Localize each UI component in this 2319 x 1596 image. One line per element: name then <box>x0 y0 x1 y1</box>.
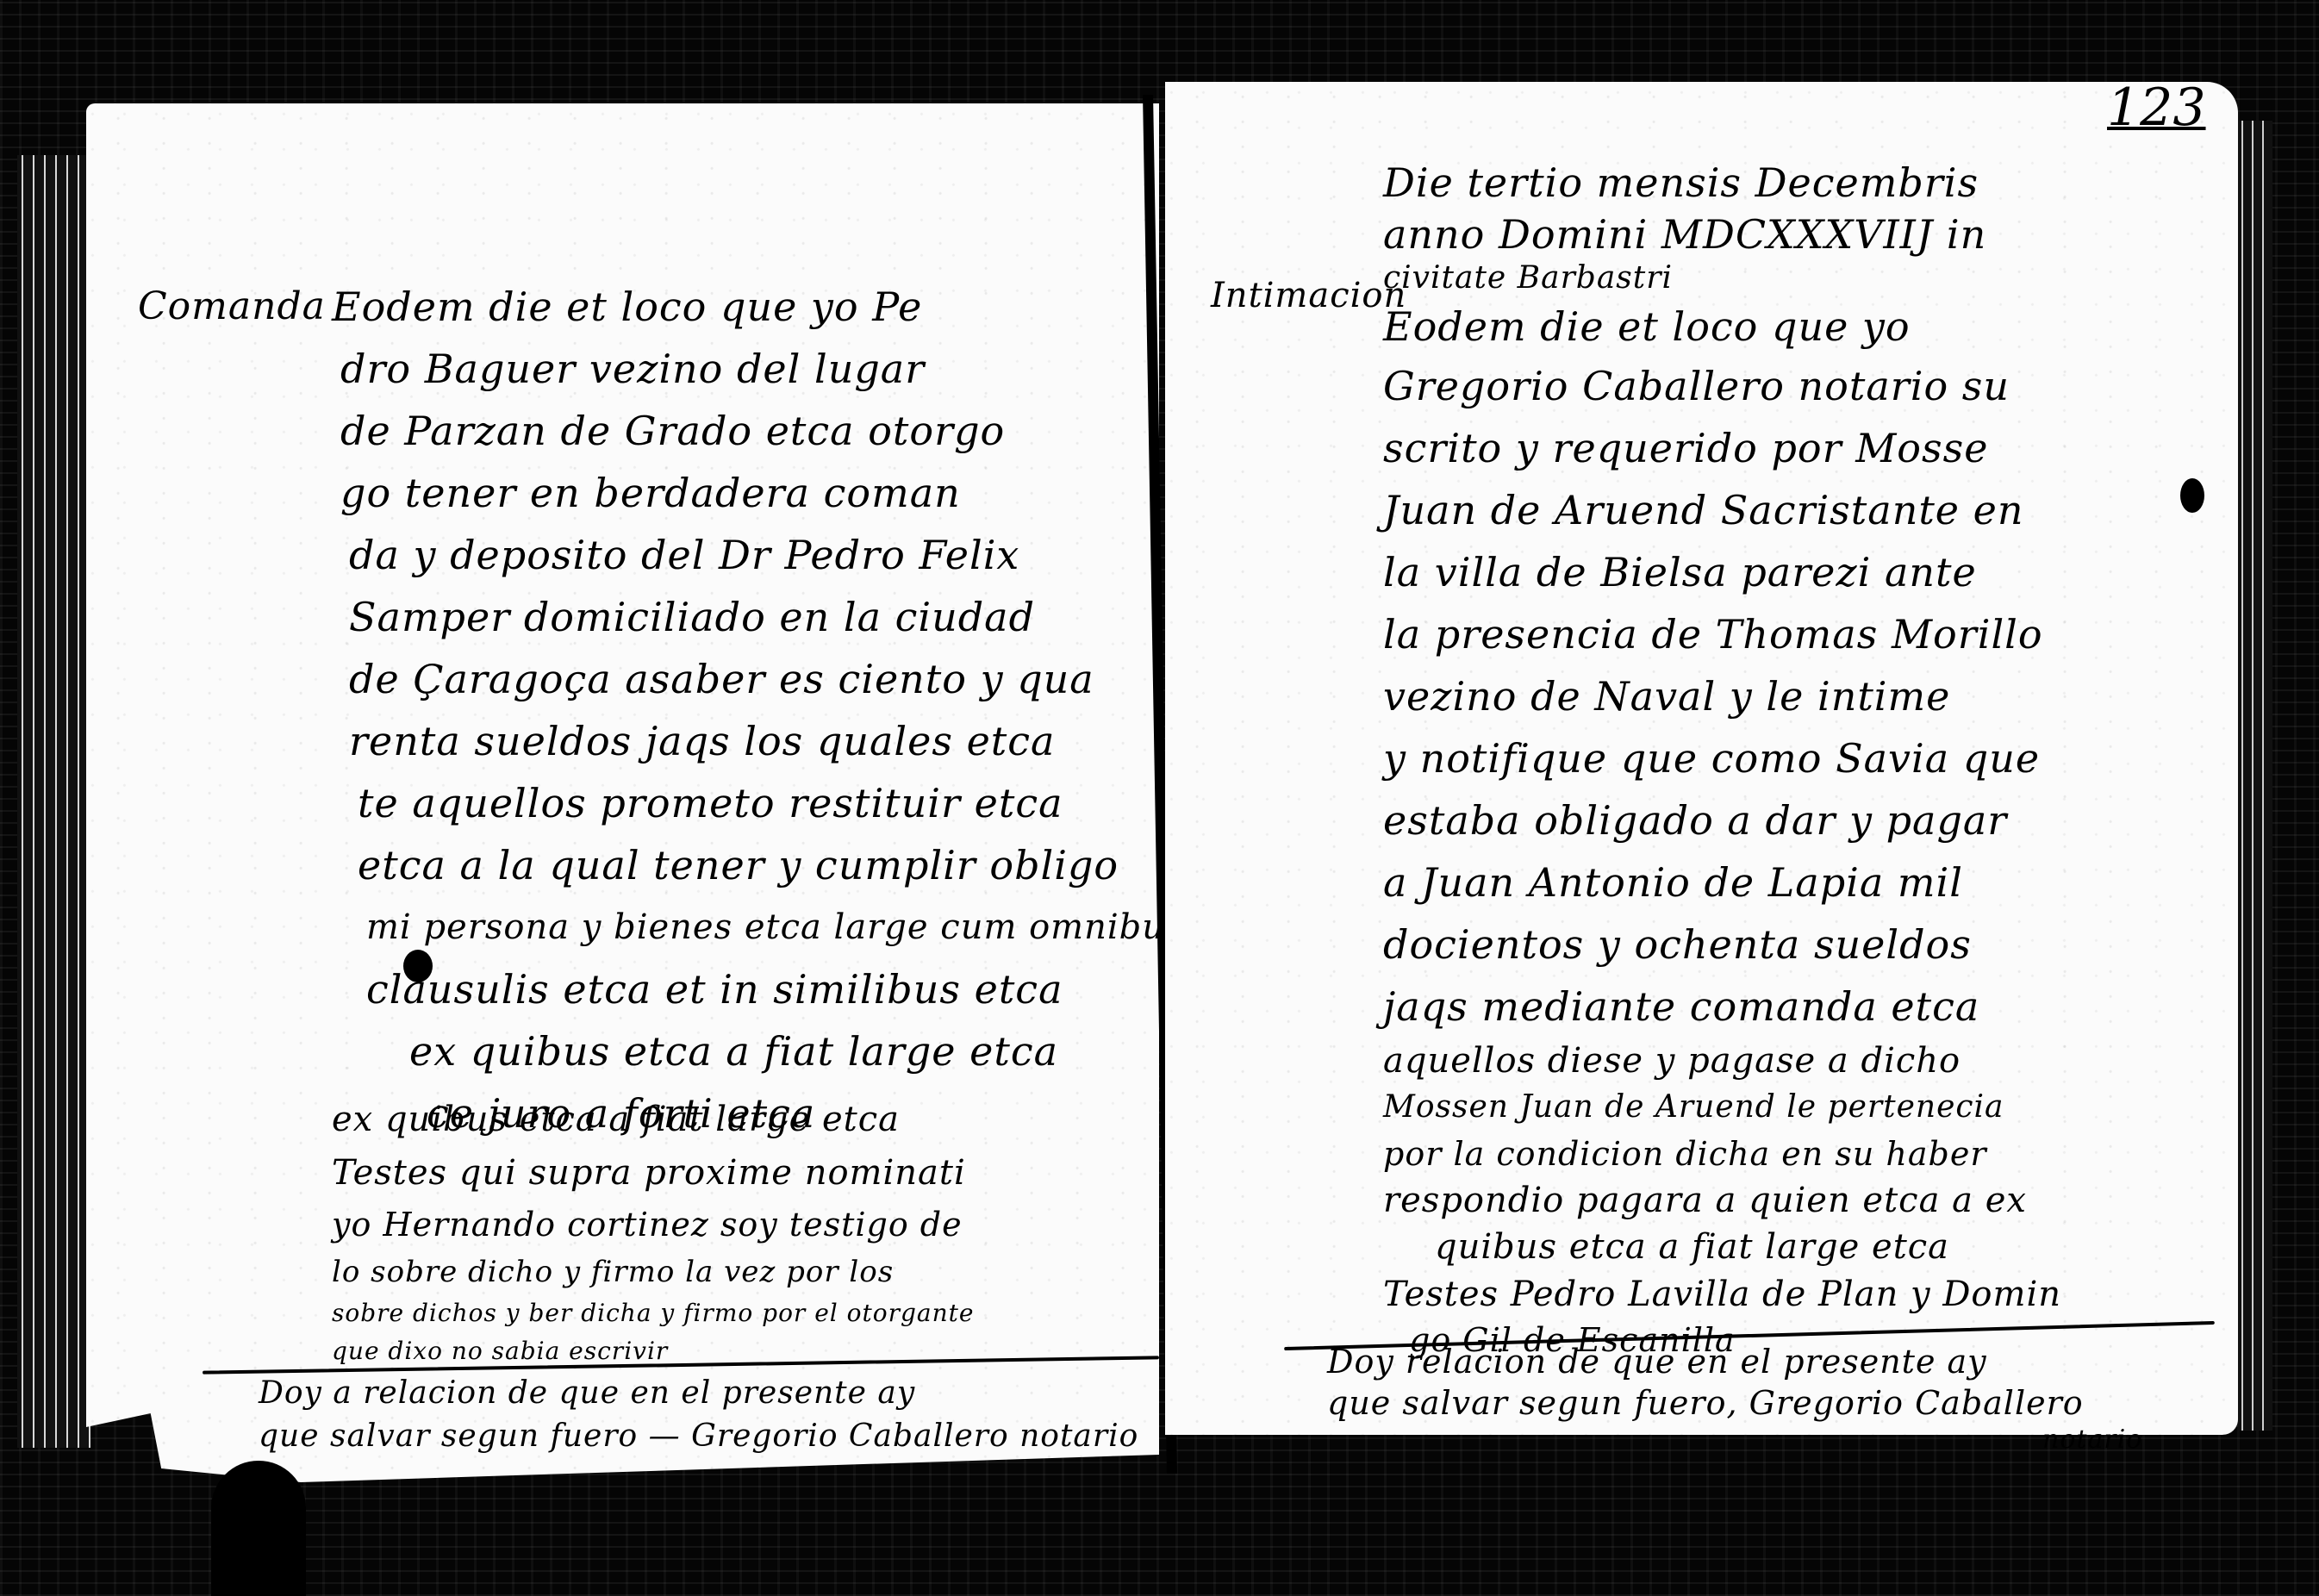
text-line: clausulis etca et in similibus etca <box>332 958 1184 1020</box>
text-line: por la condicion dicha en su haber <box>1383 1131 2061 1177</box>
text-line: mi persona y bienes etca large cum omnib… <box>332 896 1184 958</box>
text-line: da y deposito del Dr Pedro Felix <box>332 524 1184 586</box>
text-line: docientos y ochenta sueldos <box>1383 913 2061 976</box>
text-line: ex quibus etca a fiat large etca <box>332 1020 1184 1082</box>
text-line: Samper domiciliado en la ciudad <box>332 586 1184 648</box>
text-line: scrito y requerido por Mosse <box>1383 417 2061 479</box>
text-line: respondio pagara a quien etca a ex <box>1383 1177 2061 1224</box>
text-line: lo sobre dicho y firmo la vez por los <box>332 1250 974 1294</box>
right-page-body: Die tertio mensis Decembris anno Domini … <box>1383 155 2061 1362</box>
left-page-closing: ex quibus etca a fiat large etca Testes … <box>332 1093 974 1370</box>
text-line: que salvar segun fuero — Gregorio Caball… <box>259 1415 1138 1458</box>
thumb-shadow <box>211 1461 306 1596</box>
text-line: civitate Barbastri <box>1383 259 2061 298</box>
text-line: Eodem die et loco que yo Pe <box>332 276 1184 338</box>
text-line: aquellos diese y pagase a dicho <box>1383 1038 2061 1084</box>
text-line: estaba obligado a dar y pagar <box>1383 789 2061 851</box>
text-line: Testes Pedro Lavilla de Plan y Domin <box>1383 1270 2061 1319</box>
text-line: de Çaragoça asaber es ciento y qua <box>332 648 1184 710</box>
right-page-footer: Doy relacion de que en el presente ay qu… <box>1327 1340 2142 1457</box>
right-page-edges <box>2238 121 2272 1431</box>
left-margin-note: Comanda <box>138 284 326 328</box>
text-line: notario <box>1327 1423 2142 1457</box>
text-line: etca a la qual tener y cumplir obligo <box>332 834 1184 896</box>
text-line: yo Hernando cortinez soy testigo de <box>332 1200 974 1250</box>
text-line: Testes qui supra proxime nominati <box>332 1146 974 1200</box>
text-line: de Parzan de Grado etca otorgo <box>332 400 1184 462</box>
right-margin-note: Intimacion <box>1211 276 1406 315</box>
left-page-edges <box>17 155 90 1448</box>
text-line: Juan de Aruend Sacristante en <box>1383 479 2061 541</box>
text-line: jaqs mediante comanda etca <box>1383 976 2061 1038</box>
left-page-body: Eodem die et loco que yo Pe dro Baguer v… <box>332 276 1184 1144</box>
text-line: Doy relacion de que en el presente ay <box>1327 1340 2142 1383</box>
text-line: quibus etca a fiat large etca <box>1383 1224 2061 1270</box>
text-line: renta sueldos jaqs los quales etca <box>332 710 1184 772</box>
text-line: te aquellos prometo restituir etca <box>332 772 1184 834</box>
text-line: Doy a relacion de que en el presente ay <box>259 1372 1138 1415</box>
text-line: Die tertio mensis Decembris <box>1383 155 2061 210</box>
text-line: y notifique que como Savia que <box>1383 727 2061 789</box>
text-line: que salvar segun fuero, Gregorio Caballe… <box>1327 1383 2142 1423</box>
text-line: la presencia de Thomas Morillo <box>1383 603 2061 665</box>
text-line: go tener en berdadera coman <box>332 462 1184 524</box>
text-line: dro Baguer vezino del lugar <box>332 338 1184 400</box>
text-line: sobre dichos y ber dicha y firmo por el … <box>332 1294 974 1332</box>
folio-number: 123 <box>2107 78 2206 138</box>
text-line: Gregorio Caballero notario su <box>1383 355 2061 417</box>
text-line: la villa de Bielsa parezi ante <box>1383 541 2061 603</box>
text-line: vezino de Naval y le intime <box>1383 665 2061 727</box>
left-page-footer: Doy a relacion de que en el presente ay … <box>259 1372 1138 1458</box>
text-line: ex quibus etca a fiat large etca <box>332 1093 974 1146</box>
ink-blot <box>403 950 433 982</box>
text-line: Mossen Juan de Aruend le pertenecia <box>1383 1084 2061 1131</box>
ink-blot <box>2180 478 2204 513</box>
text-line: anno Domini MDCXXXVIIJ in <box>1383 210 2061 259</box>
text-line: a Juan Antonio de Lapia mil <box>1383 851 2061 913</box>
text-line: Eodem die et loco que yo <box>1383 298 2061 355</box>
